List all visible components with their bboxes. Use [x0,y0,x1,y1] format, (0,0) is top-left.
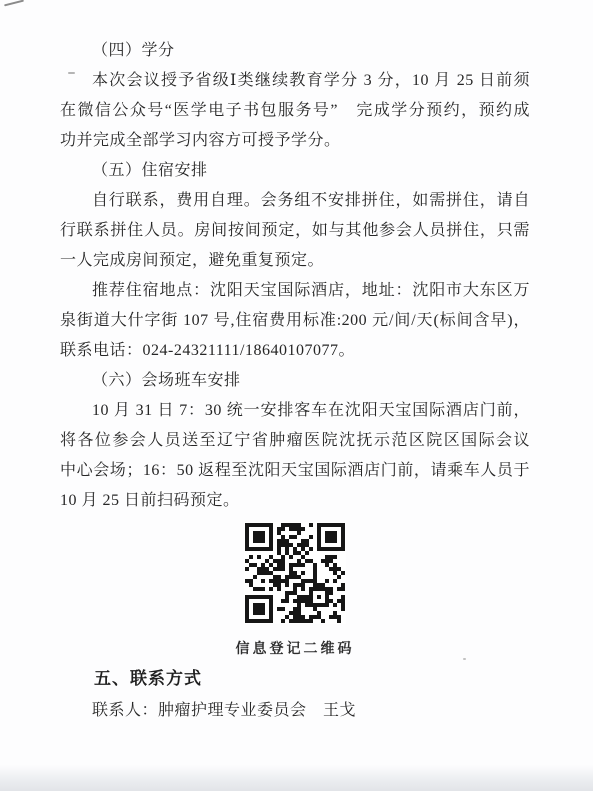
bottom-scan-edge [0,765,593,791]
qr-code-image [244,522,346,624]
text-line: 泉街道大什字街 107 号,住宿费用标准:200 元/间/天(标间含早)， [60,306,530,336]
section-credits-heading: （四）学分 [60,36,530,66]
section-shuttle-heading: （六）会场班车安排 [60,366,530,396]
text-line: 本次会议授予省级Ⅰ类继续教育学分 3 分，10 月 25 日前须 [60,66,530,96]
section-accommodation-heading: （五）住宿安排 [60,156,530,186]
qr-block: 信息登记二维码 [60,522,530,658]
text-line: 行联系拼住人员。房间按间预定，如与其他参会人员拼住，只需 [60,216,530,246]
text-line: 10 月 25 日前扫码预定。 [60,486,530,516]
document-body: （四）学分 本次会议授予省级Ⅰ类继续教育学分 3 分，10 月 25 日前须 在… [60,36,530,727]
text-line: 将各位参会人员送至辽宁省肿瘤医院沈抚示范区院区国际会议 [60,426,530,456]
text-line: 自行联系，费用自理。会务组不安排拼住，如需拼住，请自 [60,186,530,216]
text-line: 功并完成全部学习内容方可授予学分。 [60,126,530,156]
text-line: 推荐住宿地点：沈阳天宝国际酒店，地址：沈阳市大东区万 [60,276,530,306]
contact-person-line: 联系人：肿瘤护理专业委员会 王戈 [60,695,530,727]
text-line: 中心会场；16：50 返程至沈阳天宝国际酒店门前，请乘车人员于 [60,456,530,486]
scan-artifact-corner-mark [4,0,24,6]
scanned-document-page: （四）学分 本次会议授予省级Ⅰ类继续教育学分 3 分，10 月 25 日前须 在… [0,0,593,791]
contact-section-heading: 五、联系方式 [60,663,530,695]
qr-caption: 信息登记二维码 [60,638,530,658]
text-line: 一人完成房间预定，避免重复预定。 [60,246,530,276]
text-line: 10 月 31 日 7：30 统一安排客车在沈阳天宝国际酒店门前， [60,396,530,426]
text-line: 在微信公众号“医学电子书包服务号” 完成学分预约，预约成 [60,96,530,126]
text-line: 联系电话：024-24321111/18640107077。 [60,336,530,366]
